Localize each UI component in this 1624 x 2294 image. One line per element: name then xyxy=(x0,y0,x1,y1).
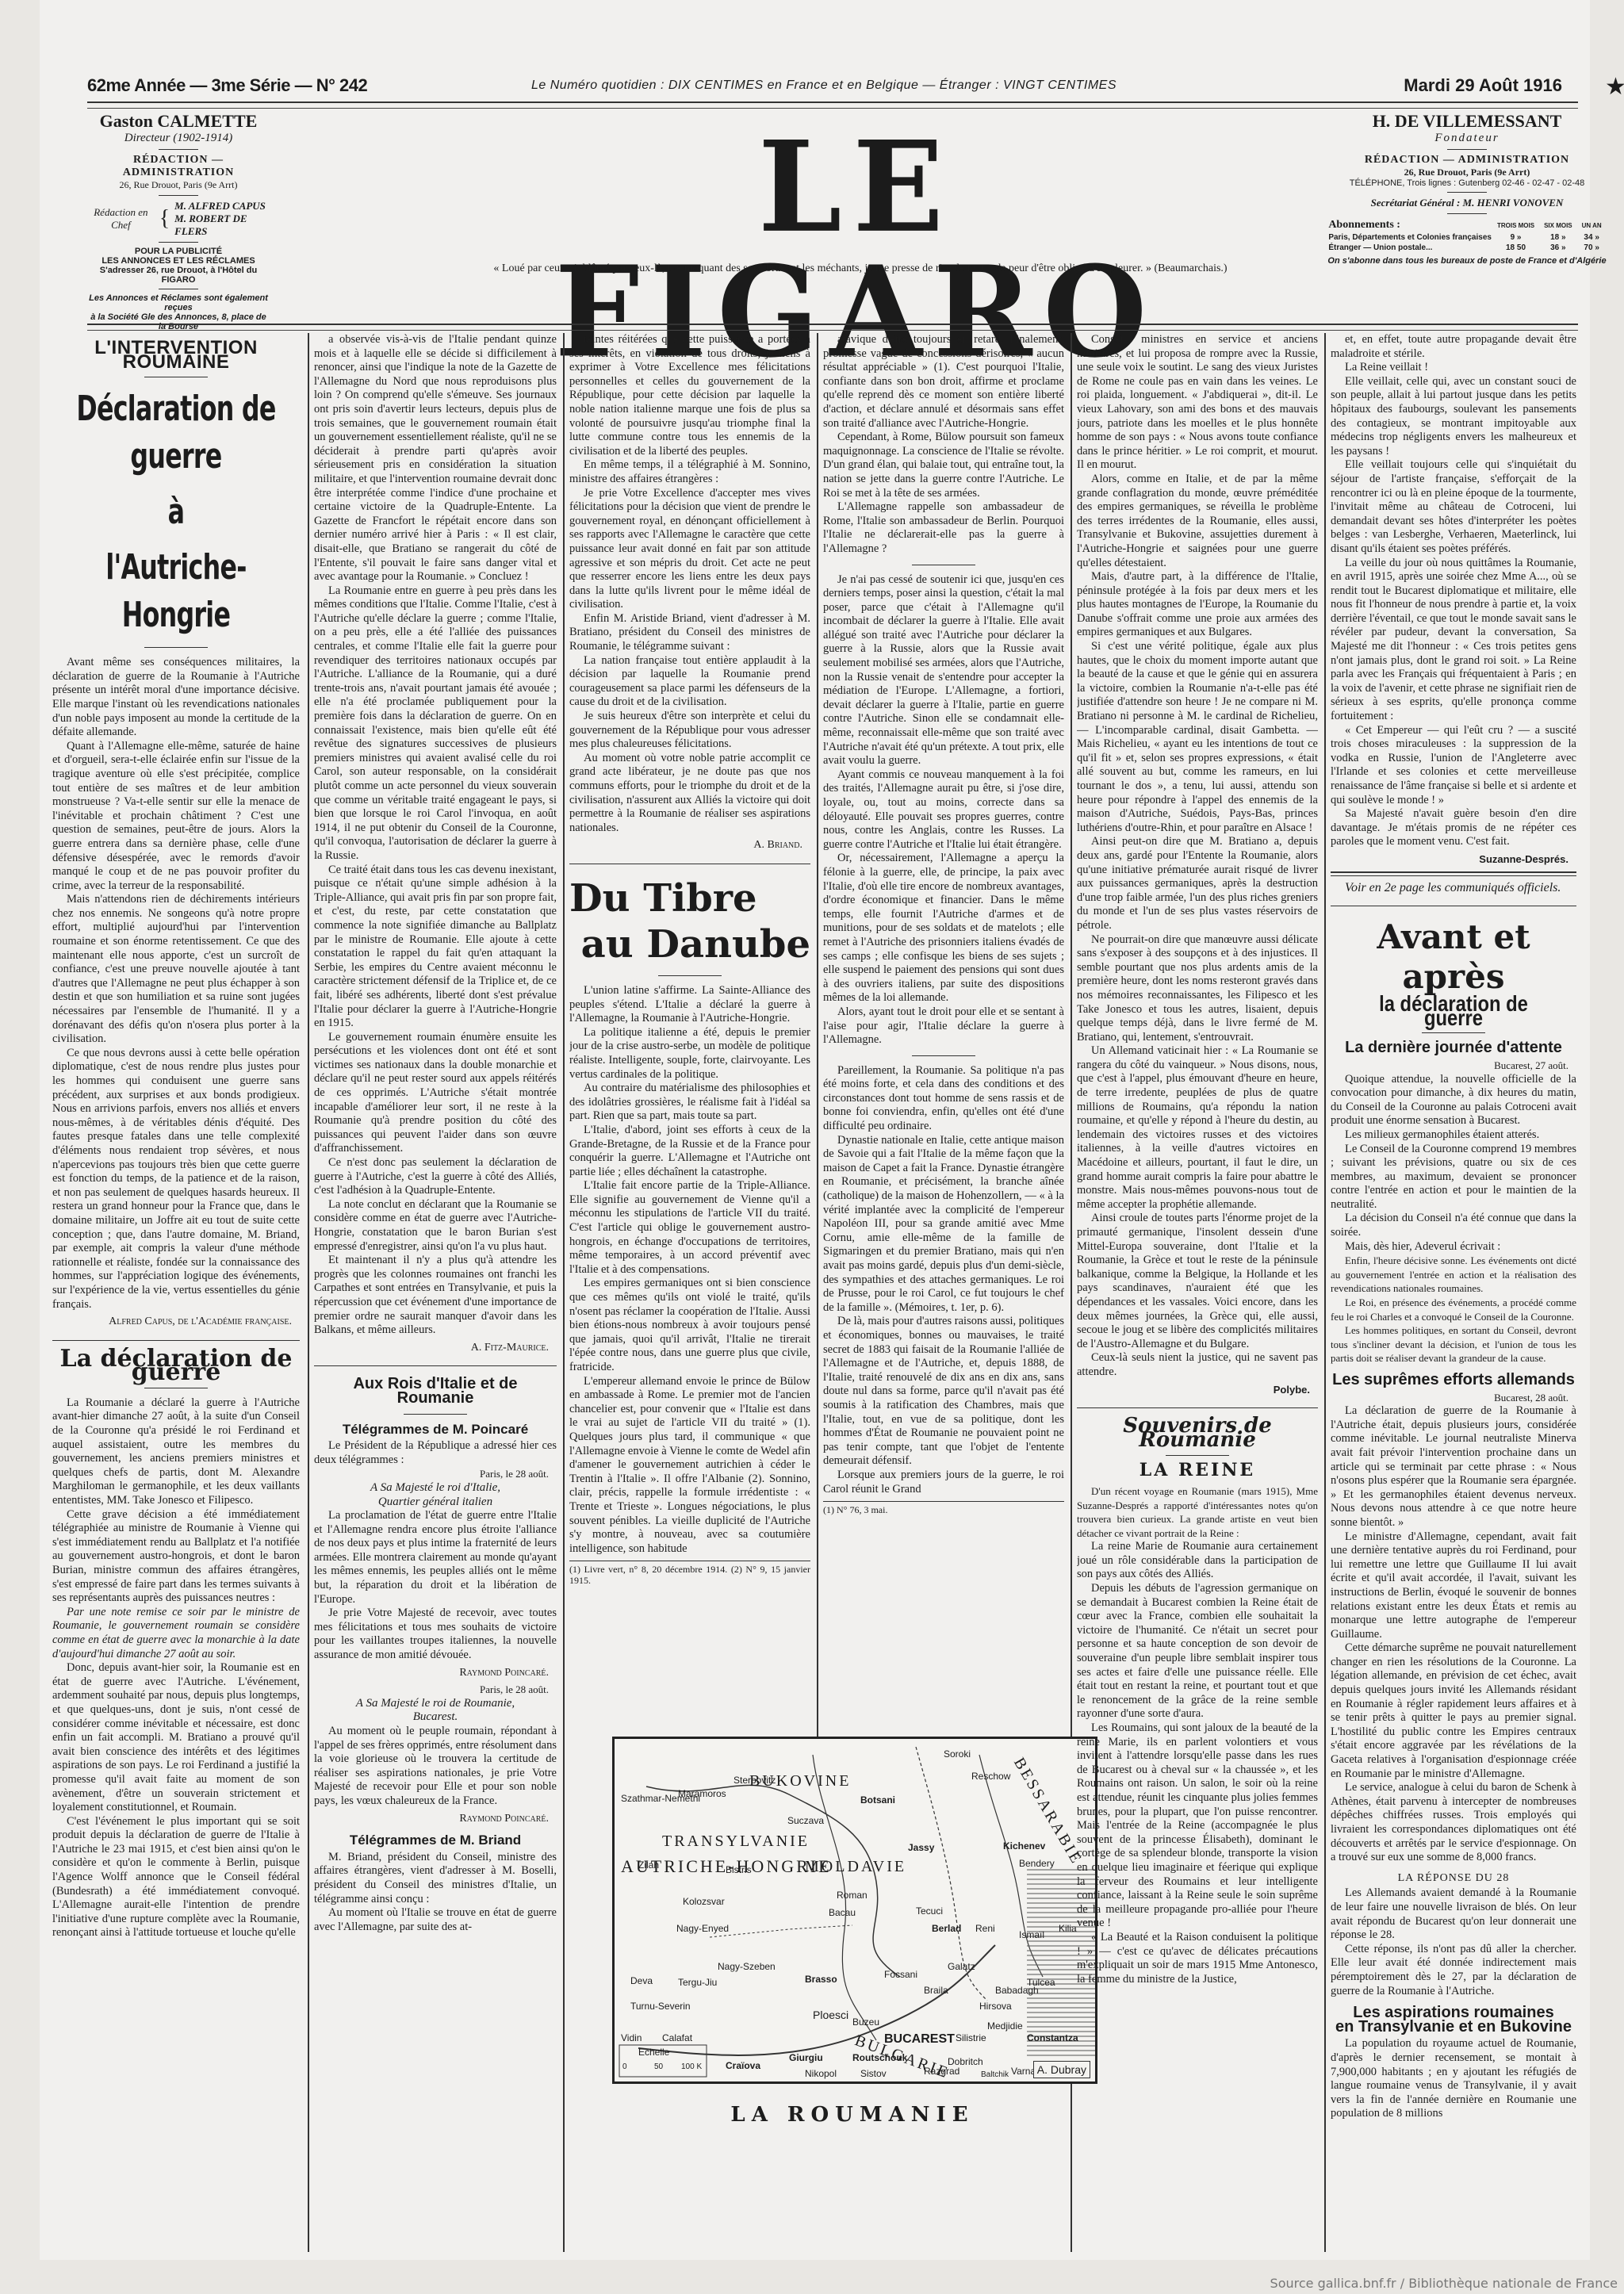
ornament-divider xyxy=(1447,149,1487,150)
notice: Voir en 2e page les communiqués officiel… xyxy=(1331,881,1576,895)
ornament-divider xyxy=(404,1414,467,1415)
map-city-capital: BUCAREST xyxy=(884,2032,955,2047)
ornament-divider xyxy=(144,1388,208,1388)
article-paragraph: Donc, depuis avant-hier soir, la Roumani… xyxy=(52,1661,300,1815)
article-paragraph: Mais n'attendons rien de déchirements in… xyxy=(52,893,300,1047)
signature: Raymond Poincaré. xyxy=(314,1812,549,1826)
addressee: Quartier général italien xyxy=(314,1496,557,1510)
article-paragraph: L'empereur allemand envoie le prince de … xyxy=(569,1375,810,1557)
office-label: RÉDACTION — ADMINISTRATION xyxy=(87,154,270,179)
article-paragraph: Un Allemand vaticinait hier : « La Rouma… xyxy=(1077,1044,1318,1212)
map-city: Galatz xyxy=(948,1961,975,1972)
section-headline: Souvenirs de Roumanie xyxy=(1077,1419,1318,1447)
ads-line-1: POUR LA PUBLICITÉ xyxy=(87,247,270,256)
dateline: Bucarest, 27 août. xyxy=(1331,1059,1568,1073)
column-rule xyxy=(817,333,818,1744)
article-paragraph: La décision du Conseil n'a été connue qu… xyxy=(1331,1212,1576,1239)
article-paragraph: L'union latine s'affirme. La Sainte-Alli… xyxy=(569,984,810,1026)
ads-line-4: Les Annonces et Réclames sont également … xyxy=(87,293,270,312)
article-paragraph: Le Conseil de la Couronne comprend 19 me… xyxy=(1331,1143,1576,1212)
article-paragraph: Si c'est une vérité politique, égale aux… xyxy=(1077,640,1318,835)
wavy-divider xyxy=(569,864,810,864)
article-paragraph: Conseil, ministres en service et anciens… xyxy=(1077,333,1318,473)
dateline: Paris, le 28 août. xyxy=(314,1467,549,1481)
article-paragraph: Enfin M. Aristide Briand, vient d'adress… xyxy=(569,612,810,654)
headline-du-tibre: Du Tibre xyxy=(569,875,810,921)
subs-row: Paris, Départements et Colonies français… xyxy=(1327,232,1606,243)
map-scale-label: Echelle xyxy=(638,2047,669,2058)
article-paragraph: M. Briand, président du Conseil, ministr… xyxy=(314,1851,557,1906)
dateline: Bucarest, 28 août. xyxy=(1331,1391,1568,1405)
map-city: Constantza xyxy=(1027,2032,1078,2043)
article-paragraph: Le service, analogue à celui du baron de… xyxy=(1331,1781,1576,1865)
director-name: Gaston CALMETTE xyxy=(87,111,270,132)
map-city: Routschouk xyxy=(852,2052,907,2063)
map-city: Buzeu xyxy=(852,2016,879,2028)
map-city: Medjidie xyxy=(987,2020,1023,2032)
subs-note: On s'abonne dans tous les bureaux de pos… xyxy=(1308,256,1624,266)
article-paragraph: La reine Marie de Roumanie aura certaine… xyxy=(1077,1540,1318,1582)
article-paragraph: Cette réponse, ils n'ont pas dû aller la… xyxy=(1331,1943,1576,1998)
subheadline: Télégrammes de M. Briand xyxy=(314,1833,557,1848)
byline: Polybe. xyxy=(1085,1383,1310,1397)
telegram-paragraph: Au moment où le peuple roumain, répondan… xyxy=(314,1725,557,1809)
article-paragraph: Je n'ai pas cessé de soutenir ici que, j… xyxy=(823,573,1064,768)
ornament-divider xyxy=(159,149,198,150)
article-paragraph: Ayant commis ce nouveau manquement à la … xyxy=(823,768,1064,852)
subheadline: LA REINE xyxy=(1077,1464,1318,1478)
founder-role: Fondateur xyxy=(1308,132,1624,145)
map-label: MOLDAVIE xyxy=(805,1858,906,1876)
double-rule xyxy=(1331,871,1576,876)
article-paragraph: atavique d'être toujours en retard. Fina… xyxy=(823,333,1064,431)
article-paragraph: Les Allemands avaient demandé à la Rouma… xyxy=(1331,1886,1576,1942)
ornament-divider xyxy=(658,975,722,976)
map-city: Vidin xyxy=(621,2032,642,2043)
subscription-table: Abonnements : TROIS MOIS SIX MOIS UN AN … xyxy=(1327,218,1606,253)
wavy-divider xyxy=(1077,1407,1318,1408)
article-paragraph: Dynastie nationale en Italie, cette anti… xyxy=(823,1134,1064,1316)
article-paragraph: Alors, ayant tout le droit pour elle et … xyxy=(823,1005,1064,1047)
map-city: Tergu-Jiu xyxy=(678,1977,717,1988)
map-city: Braila xyxy=(924,1985,948,1996)
byline: Alfred Capus, de l'Académie française. xyxy=(52,1315,292,1329)
wavy-divider xyxy=(1331,906,1576,906)
article-paragraph: Or, nécessairement, l'Allemagne a aperçu… xyxy=(823,852,1064,1005)
column-rule xyxy=(563,333,565,2252)
map-city: Szathmar-Nemethi xyxy=(621,1793,700,1804)
column-rule xyxy=(308,333,309,2252)
map-city: Ismaïl xyxy=(1019,1929,1044,1940)
map-scale-tick: 100 K xyxy=(681,2062,702,2071)
article-paragraph: Cette démarche suprême ne pouvait nature… xyxy=(1331,1641,1576,1781)
article-paragraph: Elle veillait toujours celle qui s'inqui… xyxy=(1331,458,1576,556)
article-paragraph: Ce n'est donc pas seulement la déclarati… xyxy=(314,1156,557,1198)
chief-name-2: M. ROBERT DE FLERS xyxy=(174,213,270,238)
quoted-paragraph: Le Roi, en présence des événements, a pr… xyxy=(1331,1296,1576,1323)
map-city: Jassy xyxy=(908,1842,934,1853)
article-paragraph: Ceux-là seuls nient la justice, qui ne s… xyxy=(1077,1351,1318,1379)
chief-label: Rédaction en Chef xyxy=(87,206,155,232)
founder-name: H. DE VILLEMESSANT xyxy=(1308,111,1624,132)
quoted-paragraph: Enfin, l'heure décisive sonne. Les événe… xyxy=(1331,1254,1576,1296)
footnote: (1) Livre vert, n° 8, 20 décembre 1914. … xyxy=(569,1561,810,1586)
secretariat: Secrétariat Général : M. HENRI VONOVEN xyxy=(1308,197,1624,209)
map-city: Turnu-Severin xyxy=(630,2001,691,2012)
section-headline: La déclaration de guerre xyxy=(52,1352,300,1380)
article-paragraph: La population du royaume actuel de Rouma… xyxy=(1331,2037,1576,2121)
article-paragraph: Mais, d'autre part, à la différence de l… xyxy=(1077,570,1318,640)
map-city: Ploesci xyxy=(813,2009,848,2021)
signature: A. Briand. xyxy=(569,838,802,852)
ads-line-2: LES ANNONCES ET LES RÉCLAMES xyxy=(87,256,270,266)
office-label: RÉDACTION — ADMINISTRATION xyxy=(1308,154,1624,167)
ornament-divider xyxy=(144,377,208,377)
main-headline: à xyxy=(52,488,299,536)
article-paragraph: Le ministre d'Allemagne, cependant, avai… xyxy=(1331,1530,1576,1642)
article-paragraph: Je prie Votre Excellence d'accepter mes … xyxy=(569,487,810,612)
brace-icon: { xyxy=(159,206,170,232)
map-city: Soroki xyxy=(944,1748,971,1760)
article-paragraph: Ainsi croule de toutes parts l'énorme pr… xyxy=(1077,1212,1318,1351)
map-city: Brasso xyxy=(805,1974,837,1985)
article-paragraph: Les empires germaniques ont si bien cons… xyxy=(569,1277,810,1374)
map-city: Nagy-Szeben xyxy=(718,1961,776,1972)
map-city: Reschow xyxy=(971,1771,1010,1782)
section-headline: Aux Rois d'Italie et de Roumanie xyxy=(314,1377,557,1405)
ornament-divider xyxy=(1447,192,1487,193)
header-bottom-rule xyxy=(87,324,1578,331)
header-left-block: Gaston CALMETTE Directeur (1902-1914) RÉ… xyxy=(87,111,270,331)
article-paragraph: L'Allemagne rappelle son ambassadeur de … xyxy=(823,500,1064,556)
subs-row: Étranger — Union postale... 18 50 36 » 7… xyxy=(1327,243,1606,253)
map-label: TRANSYLVANIE xyxy=(662,1833,810,1851)
map-city: Sterpovitz xyxy=(733,1775,776,1786)
wavy-divider xyxy=(314,1365,557,1366)
map-city: Reni xyxy=(975,1923,995,1934)
map-caption: LA ROUMANIE xyxy=(674,2103,1031,2127)
article-paragraph: Le Président de la République a adressé … xyxy=(314,1439,557,1467)
main-headline: Déclaration de guerre xyxy=(52,385,299,481)
kicker: L'INTERVENTION ROUMAINE xyxy=(52,341,300,369)
map-city: Bacau xyxy=(829,1907,856,1918)
article-paragraph: L'Italie, d'abord, joint ses efforts à c… xyxy=(569,1124,810,1179)
map-city: Botsani xyxy=(860,1794,895,1806)
article-paragraph: La note conclut en déclarant que la Roum… xyxy=(314,1198,557,1254)
article-paragraph: L'Italie fait encore partie de la Triple… xyxy=(569,1179,810,1277)
map-city: Suczava xyxy=(787,1815,824,1826)
article-paragraph: La politique italienne a été, depuis le … xyxy=(569,1026,810,1082)
section-headline: la déclaration de guerre xyxy=(1349,997,1558,1024)
article-paragraph: Cependant, à Rome, Bülow poursuit son fa… xyxy=(823,431,1064,500)
quoted-paragraph: Les hommes politiques, en sortant du Con… xyxy=(1331,1323,1576,1365)
phone-line: TÉLÉPHONE, Trois lignes : Gutenberg 02-4… xyxy=(1308,178,1624,188)
map-scale-tick: 0 xyxy=(622,2062,627,2071)
map-city: Bistris xyxy=(726,1864,752,1875)
article-paragraph: De là, mais pour d'autres raisons aussi,… xyxy=(823,1315,1064,1469)
article-paragraph: Elle veillait, celle qui, avec un consta… xyxy=(1331,375,1576,459)
chief-name-1: M. ALFRED CAPUS xyxy=(174,200,270,213)
price-line: Le Numéro quotidien : DIX CENTIMES en Fr… xyxy=(531,79,1116,93)
article-paragraph: La Roumanie a déclaré la guerre à l'Autr… xyxy=(52,1396,300,1508)
map-city: Hirsova xyxy=(979,2001,1012,2012)
map-city: Giurgiu xyxy=(789,2052,823,2063)
column-3: teintes réitérées que cette puissance a … xyxy=(569,333,810,1752)
ornament-divider xyxy=(1166,1455,1229,1456)
article-paragraph: La déclaration de guerre de la Roumanie … xyxy=(1331,1404,1576,1530)
map-city: Kichenev xyxy=(1003,1840,1045,1852)
footnote: (1) N° 76, 3 mai. xyxy=(823,1501,1064,1515)
telegram-paragraph: Je prie Votre Majesté de recevoir, avec … xyxy=(314,1607,557,1662)
article-paragraph: Je suis heureux d'être son interprète et… xyxy=(569,710,810,752)
column-6: et, en effet, toute autre propagande dev… xyxy=(1331,333,1576,2224)
map-city: Nagy-Enyed xyxy=(676,1923,729,1934)
map-city: Berlad xyxy=(932,1923,961,1934)
article-paragraph: Lorsque aux premiers jours de la guerre,… xyxy=(823,1469,1064,1496)
article-paragraph: Les milieux germanophiles étaient atteré… xyxy=(1331,1128,1576,1143)
column-rule xyxy=(1324,333,1326,2252)
article-paragraph: Les Roumains, qui sont jaloux de la beau… xyxy=(1077,1721,1318,1931)
source-credit: Source gallica.bnf.fr / Bibliothèque nat… xyxy=(1270,2276,1618,2291)
addressee: A Sa Majesté le roi d'Italie, xyxy=(314,1481,557,1496)
article-paragraph: Ne pourrait-on dire que manœuvre aussi d… xyxy=(1077,933,1318,1045)
article-paragraph: Quant à l'Allemagne elle-même, saturée d… xyxy=(52,740,300,894)
map-of-romania: BUKOVINE TRANSYLVANIE AUTRICHE-HONGRIE M… xyxy=(612,1737,1097,2084)
ads-line-3: S'adresser 26, rue Drouot, à l'Hôtel du … xyxy=(87,266,270,285)
ornament-divider xyxy=(1447,213,1487,214)
subheadline: Les suprêmes efforts allemands xyxy=(1331,1373,1576,1388)
map-city: Roman xyxy=(837,1890,868,1901)
map-scale-tick: 50 xyxy=(654,2062,663,2071)
article-paragraph: C'est l'événement le plus important qui … xyxy=(52,1815,300,1940)
article-paragraph: Avant même ses conséquences militaires, … xyxy=(52,656,300,740)
motto: « Loué par ceux-ci, blâmé par ceux-là, m… xyxy=(484,262,1237,276)
ornament-divider xyxy=(159,242,198,243)
main-headline: l'Autriche-Hongrie xyxy=(52,544,299,639)
map-city: Bendery xyxy=(1019,1858,1055,1869)
map-city: Zilah xyxy=(638,1859,659,1871)
subheadline: La dernière journée d'attente xyxy=(1331,1041,1576,1055)
masthead-top-line: 62me Année — 3me Série — N° 242 Le Numér… xyxy=(87,75,1578,99)
map-city: Nikopol xyxy=(805,2068,837,2079)
map-city: Varna xyxy=(1011,2066,1036,2077)
article-paragraph: teintes réitérées que cette puissance a … xyxy=(569,333,810,458)
dateline: Paris, le 28 août. xyxy=(314,1683,549,1697)
map-city: Kilia xyxy=(1059,1923,1077,1934)
map-city: Craïova xyxy=(726,2060,760,2071)
article-paragraph: Ce traité était dans tous les cas devenu… xyxy=(314,864,557,1031)
ornament-divider xyxy=(144,647,208,648)
article-paragraph: « La Beauté et la Raison conduisent la p… xyxy=(1077,1931,1318,1986)
byline: A. Fitz-Maurice. xyxy=(314,1341,549,1355)
issue-line: 62me Année — 3me Série — N° 242 xyxy=(87,75,367,96)
article-paragraph: Cette grave décision a été immédiatement… xyxy=(52,1508,300,1606)
subheadline: en Transylvanie et en Bukovine xyxy=(1331,2020,1576,2035)
map-city: Deva xyxy=(630,1975,653,1986)
signature: Raymond Poincaré. xyxy=(314,1666,549,1680)
article-paragraph: En même temps, il a télégraphié à M. Son… xyxy=(569,458,810,486)
article-paragraph: Mais, dès hier, Adeverul écrivait : xyxy=(1331,1240,1576,1254)
map-city: Razgrad xyxy=(924,2066,959,2077)
column-1: L'INTERVENTION ROUMAINE Déclaration de g… xyxy=(52,333,300,2224)
map-city: Dobritch xyxy=(948,2056,983,2067)
director-role: Directeur (1902-1914) xyxy=(87,132,270,145)
masthead-rule xyxy=(87,101,1578,109)
column-5: Conseil, ministres en service et anciens… xyxy=(1077,333,1318,2224)
article-paragraph: Au moment où votre noble patrie accompli… xyxy=(569,752,810,836)
article-paragraph: Quoique attendue, la nouvelle officielle… xyxy=(1331,1073,1576,1128)
article-paragraph: Et maintenant il n'y a plus qu'à attendr… xyxy=(314,1254,557,1338)
subheadline: LA RÉPONSE DU 28 xyxy=(1331,1871,1576,1886)
article-paragraph: Pareillement, la Roumanie. Sa politique … xyxy=(823,1064,1064,1134)
article-paragraph: Par une note remise ce soir par le minis… xyxy=(52,1606,300,1661)
wavy-divider xyxy=(52,1340,300,1341)
article-paragraph: Ainsi peut-on dire que M. Bratiano a, de… xyxy=(1077,835,1318,933)
article-paragraph: a observée vis-à-vis de l'Italie pendant… xyxy=(314,333,557,584)
map-city: Kolozsvar xyxy=(683,1896,725,1907)
ornament-divider xyxy=(159,195,198,196)
subs-col-header: UN AN xyxy=(1577,218,1607,232)
column-2: a observée vis-à-vis de l'Italie pendant… xyxy=(314,333,557,2224)
article-paragraph: Sa Majesté n'avait guère besoin d'en dir… xyxy=(1331,807,1576,849)
ornament-divider xyxy=(1422,1032,1485,1033)
star-icon: ★ xyxy=(1605,73,1624,101)
article-paragraph: Alors, comme en Italie, et de par la mêm… xyxy=(1077,473,1318,570)
asterisk-divider xyxy=(912,565,975,565)
section-headline: Avant et après xyxy=(1331,917,1576,997)
map-city: Babadagh xyxy=(995,1985,1039,1996)
telegram-paragraph: Au moment où l'Italie se trouve en état … xyxy=(314,1906,557,1934)
map-city: Sistov xyxy=(860,2068,887,2079)
article-paragraph: « Cet Empereur — qui l'eût cru ? — a sus… xyxy=(1331,724,1576,808)
map-city: Focsani xyxy=(884,1969,917,1980)
article-paragraph: La Reine veillait ! xyxy=(1331,361,1576,375)
office-address: 26, Rue Drouot, Paris (9e Arrt) xyxy=(1308,167,1624,178)
addressee: Bucarest. xyxy=(314,1710,557,1725)
article-intro: D'un récent voyage en Roumanie (mars 191… xyxy=(1077,1484,1318,1540)
article-paragraph: La nation française tout entière applaud… xyxy=(569,654,810,710)
addressee: A Sa Majesté le roi de Roumanie, xyxy=(314,1697,557,1711)
map-city: Tecuci xyxy=(916,1905,943,1917)
column-4: atavique d'être toujours en retard. Fina… xyxy=(823,333,1064,1752)
subs-label: Abonnements : xyxy=(1327,218,1492,232)
subs-col-header: TROIS MOIS xyxy=(1492,218,1539,232)
map-city: Silistrie xyxy=(956,2032,986,2043)
telegram-paragraph: La proclamation de l'état de guerre entr… xyxy=(314,1509,557,1607)
ornament-divider xyxy=(159,289,198,289)
header-right-block: H. DE VILLEMESSANT Fondateur RÉDACTION —… xyxy=(1308,111,1624,266)
article-paragraph: Ce que nous devrons aussi à cette belle … xyxy=(52,1047,300,1312)
subheadline: Télégrammes de M. Poincaré xyxy=(314,1423,557,1437)
subs-col-header: SIX MOIS xyxy=(1539,218,1577,232)
article-paragraph: La Roumanie entre en guerre à peu près d… xyxy=(314,584,557,864)
byline: Suzanne-Després. xyxy=(1339,852,1568,867)
map-city: Calafat xyxy=(662,2032,692,2043)
map-city: Baltchik xyxy=(981,2070,1009,2079)
office-address: 26, Rue Drouot, Paris (9e Arrt) xyxy=(87,179,270,191)
article-paragraph: La veille du jour où nous quittâmes la R… xyxy=(1331,557,1576,724)
headline-au-danube: au Danube xyxy=(569,921,810,967)
issue-date: Mardi 29 Août 1916 xyxy=(1404,75,1562,96)
article-paragraph: Au contraire du matérialisme des philoso… xyxy=(569,1082,810,1124)
newspaper-page: 62me Année — 3me Série — N° 242 Le Numér… xyxy=(40,0,1590,2260)
article-paragraph: Depuis les débuts de l'agression germani… xyxy=(1077,1582,1318,1721)
article-paragraph: et, en effet, toute autre propagande dev… xyxy=(1331,333,1576,361)
asterisk-divider xyxy=(912,1055,975,1056)
article-paragraph: Le gouvernement roumain énumère ensuite … xyxy=(314,1031,557,1156)
